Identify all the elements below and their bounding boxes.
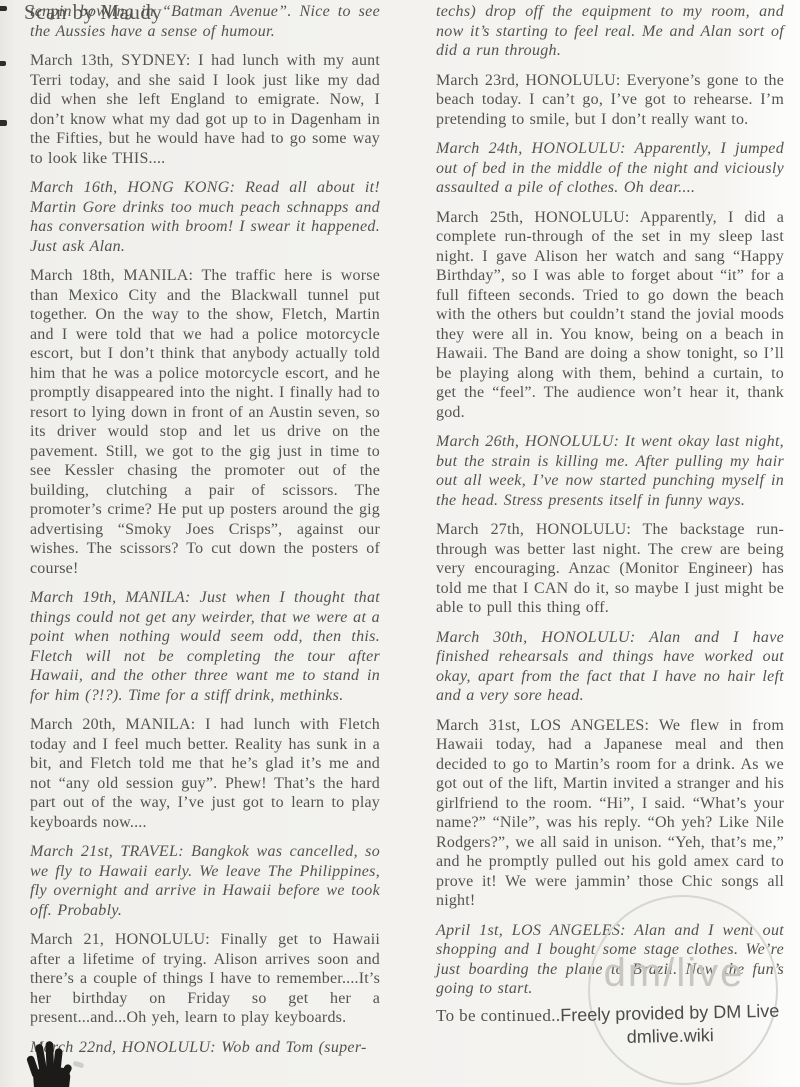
diary-entry: March 25th, HONOLULU: Apparently, I did … [436,208,784,423]
diary-entry: March 13th, SYDNEY: I had lunch with my … [30,51,380,168]
scan-artifact [0,120,7,126]
diary-entry: March 26th, HONOLULU: It went okay last … [436,432,784,510]
diary-entry: March 31st, LOS ANGELES: We flew in from… [436,716,784,911]
scan-artifact [0,6,7,11]
diary-entry: March 27th, HONOLULU: The backstage run-… [436,520,784,618]
right-column: techs) drop off the equipment to my room… [436,2,784,1009]
scanned-diary-page: tenpin bowling in “Batman Avenue”. Nice … [0,0,800,1087]
diary-entry: March 22nd, HONOLULU: Wob and Tom (super… [30,1038,380,1058]
scan-credit-watermark: Scan by Maudy [24,0,162,25]
left-column: tenpin bowling in “Batman Avenue”. Nice … [30,2,380,1067]
diary-entry: March 23rd, HONOLULU: Everyone’s gone to… [436,71,784,130]
to-be-continued: To be continued... [436,1006,565,1026]
diary-entry: March 24th, HONOLULU: Apparently, I jump… [436,139,784,198]
hand-silhouette-icon [20,1038,83,1087]
diary-entry: March 21, HONOLULU: Finally get to Hawai… [30,930,380,1028]
scan-artifact [0,61,6,66]
diary-entry: March 20th, MANILA: I had lunch with Fle… [30,715,380,832]
diary-entry: March 18th, MANILA: The traffic here is … [30,266,380,578]
diary-entry: March 19th, MANILA: Just when I thought … [30,588,380,705]
diary-entry: March 21st, TRAVEL: Bangkok was cancelle… [30,842,380,920]
diary-entry: techs) drop off the equipment to my room… [436,2,784,61]
dmlive-credit: Freely provided by DM Live dmlive.wiki [538,999,800,1051]
diary-entry: March 16th, HONG KONG: Read all about it… [30,178,380,256]
diary-entry: March 30th, HONOLULU: Alan and I have fi… [436,628,784,706]
dmlive-logo-watermark: dm/live [596,954,752,992]
